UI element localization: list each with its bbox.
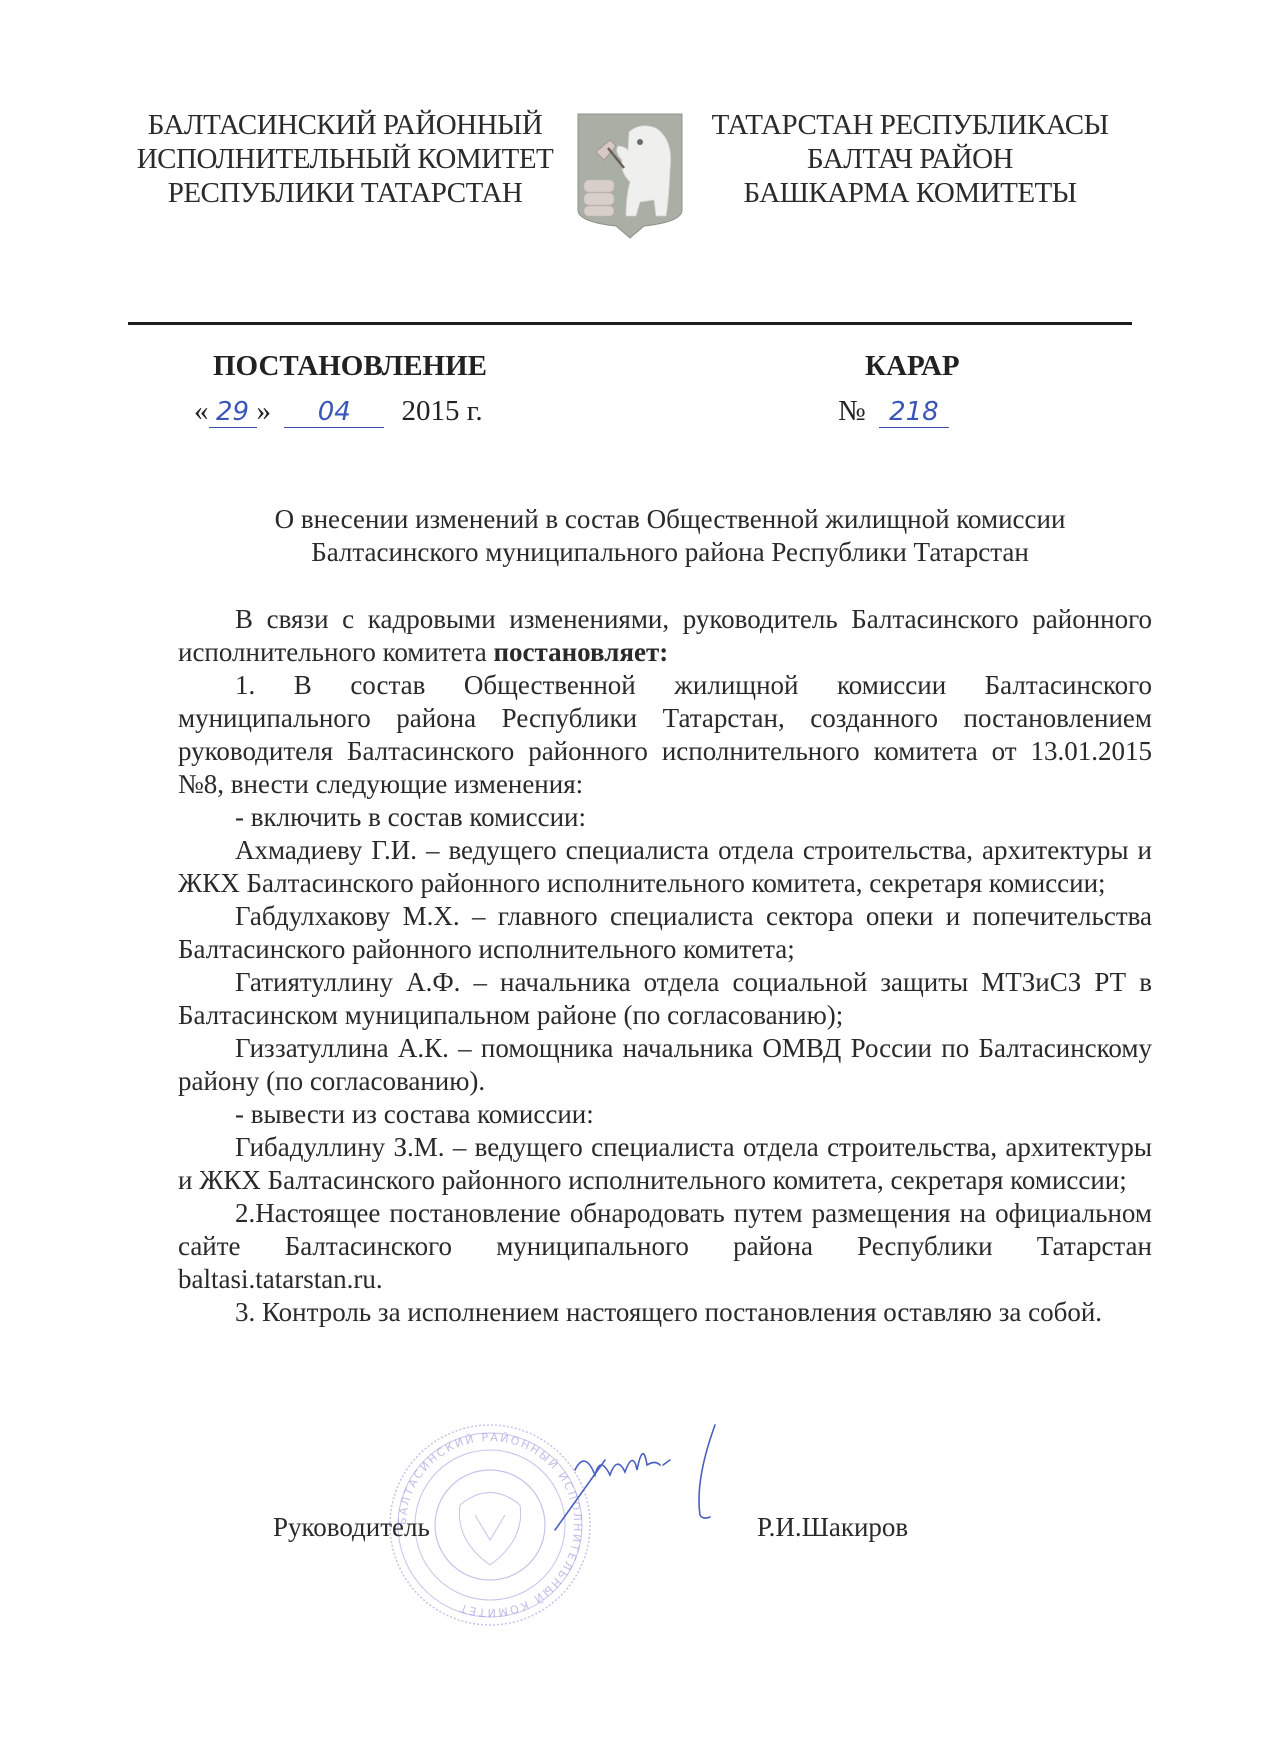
include-item: Габдулхакову М.Х. – главного специалиста… [178, 900, 1152, 966]
coat-of-arms-icon [574, 110, 686, 240]
header-right-line-3: БАШКАРМА КОМИТЕТЫ [690, 176, 1130, 210]
header-right-line-1: ТАТАРСТАН РЕСПУБЛИКАСЫ [690, 108, 1130, 142]
paragraph-3: 3. Контроль за исполнением настоящего по… [178, 1296, 1152, 1329]
document-date: «29» 04 2015 г. [194, 395, 483, 428]
header-left-line-1: БАЛТАСИНСКИЙ РАЙОННЫЙ [120, 108, 570, 142]
intro-paragraph: В связи с кадровыми изменениями, руковод… [178, 603, 1152, 669]
paragraph-2: 2.Настоящее постановление обнародовать п… [178, 1197, 1152, 1296]
header-right-line-2: БАЛТАЧ РАЙОН [690, 142, 1130, 176]
number-value: 218 [879, 397, 949, 428]
signature-scribble-icon [545, 1420, 745, 1540]
title-line-1: О внесении изменений в состав Общественн… [170, 503, 1170, 536]
header-left-block: БАЛТАСИНСКИЙ РАЙОННЫЙ ИСПОЛНИТЕЛЬНЫЙ КОМ… [120, 108, 570, 210]
include-item: Гатиятуллину А.Ф. – начальника отдела со… [178, 966, 1152, 1032]
include-item: Гиззатуллина А.К. – помощника начальника… [178, 1032, 1152, 1098]
title-line-2: Балтасинского муниципального района Респ… [170, 536, 1170, 569]
date-open-quote: « [194, 395, 209, 427]
doc-type-tatar: КАРАР [865, 350, 960, 383]
header-right-block: ТАТАРСТАН РЕСПУБЛИКАСЫ БАЛТАЧ РАЙОН БАШК… [690, 108, 1130, 210]
header-left-line-2: ИСПОЛНИТЕЛЬНЫЙ КОМИТЕТ [120, 142, 570, 176]
exclude-heading: - вывести из состава комиссии: [178, 1098, 1152, 1131]
number-label: № [838, 395, 866, 427]
header-divider [128, 322, 1132, 325]
signature-name: Р.И.Шакиров [757, 1512, 908, 1543]
header-left-line-3: РЕСПУБЛИКИ ТАТАРСТАН [120, 176, 570, 210]
date-close-quote: » [257, 395, 272, 427]
paragraph-1: 1. В состав Общественной жилищной комисс… [178, 669, 1152, 801]
include-item: Ахмадиеву Г.И. – ведущего специалиста от… [178, 834, 1152, 900]
document-title: О внесении изменений в состав Общественн… [170, 503, 1170, 569]
include-heading: - включить в состав комиссии: [178, 801, 1152, 834]
date-day: 29 [209, 397, 257, 428]
exclude-item: Гибадуллину З.М. – ведущего специалиста … [178, 1131, 1152, 1197]
date-month: 04 [284, 397, 384, 428]
signature-position: Руководитель [273, 1512, 430, 1543]
date-year: 2015 г. [402, 395, 483, 427]
document-body: В связи с кадровыми изменениями, руковод… [178, 603, 1152, 1329]
intro-bold: постановляет: [493, 637, 668, 667]
document-number: № 218 [838, 395, 949, 428]
doc-type-russian: ПОСТАНОВЛЕНИЕ [213, 350, 487, 383]
